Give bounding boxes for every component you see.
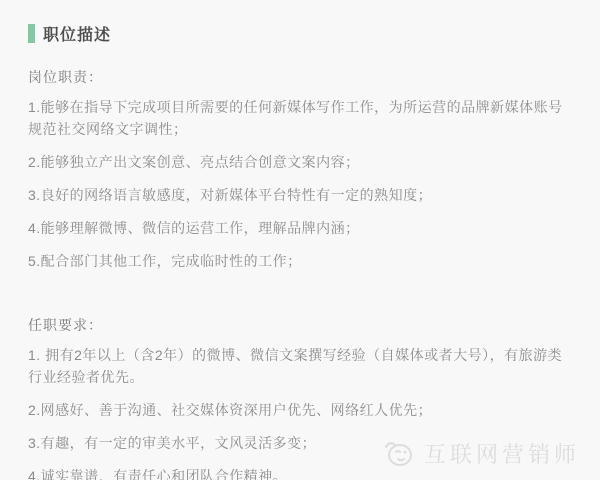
list-item: 2.能够独立产出文案创意、亮点结合创意文案内容；: [28, 151, 570, 173]
list-item: 1.能够在指导下完成项目所需要的任何新媒体写作工作，为所运营的品牌新媒体账号规范…: [28, 96, 570, 140]
section-heading: 岗位职责：: [28, 66, 570, 88]
list-item: 4.诚实靠谱，有责任心和团队合作精神。: [28, 465, 570, 480]
section-responsibilities: 岗位职责： 1.能够在指导下完成项目所需要的任何新媒体写作工作，为所运营的品牌新…: [28, 66, 570, 272]
page-header: 职位描述: [28, 22, 570, 45]
list-item: 4.能够理解微博、微信的运营工作，理解品牌内涵；: [28, 217, 570, 239]
section-requirements: 任职要求： 1. 拥有2年以上（含2年）的微博、微信文案撰写经验（自媒体或者大号…: [28, 314, 570, 480]
page-title: 职位描述: [43, 22, 111, 45]
section-heading: 任职要求：: [28, 314, 570, 336]
accent-bar-icon: [28, 24, 35, 43]
list-item: 3.良好的网络语言敏感度，对新媒体平台特性有一定的熟知度；: [28, 184, 570, 206]
list-item: 3.有趣，有一定的审美水平，文风灵活多变；: [28, 432, 570, 454]
job-description-page: 职位描述 岗位职责： 1.能够在指导下完成项目所需要的任何新媒体写作工作，为所运…: [0, 0, 600, 480]
list-item: 1. 拥有2年以上（含2年）的微博、微信文案撰写经验（自媒体或者大号），有旅游类…: [28, 344, 570, 388]
list-item: 2.网感好、善于沟通、社交媒体资深用户优先、网络红人优先；: [28, 399, 570, 421]
list-item: 5.配合部门其他工作，完成临时性的工作；: [28, 250, 570, 272]
